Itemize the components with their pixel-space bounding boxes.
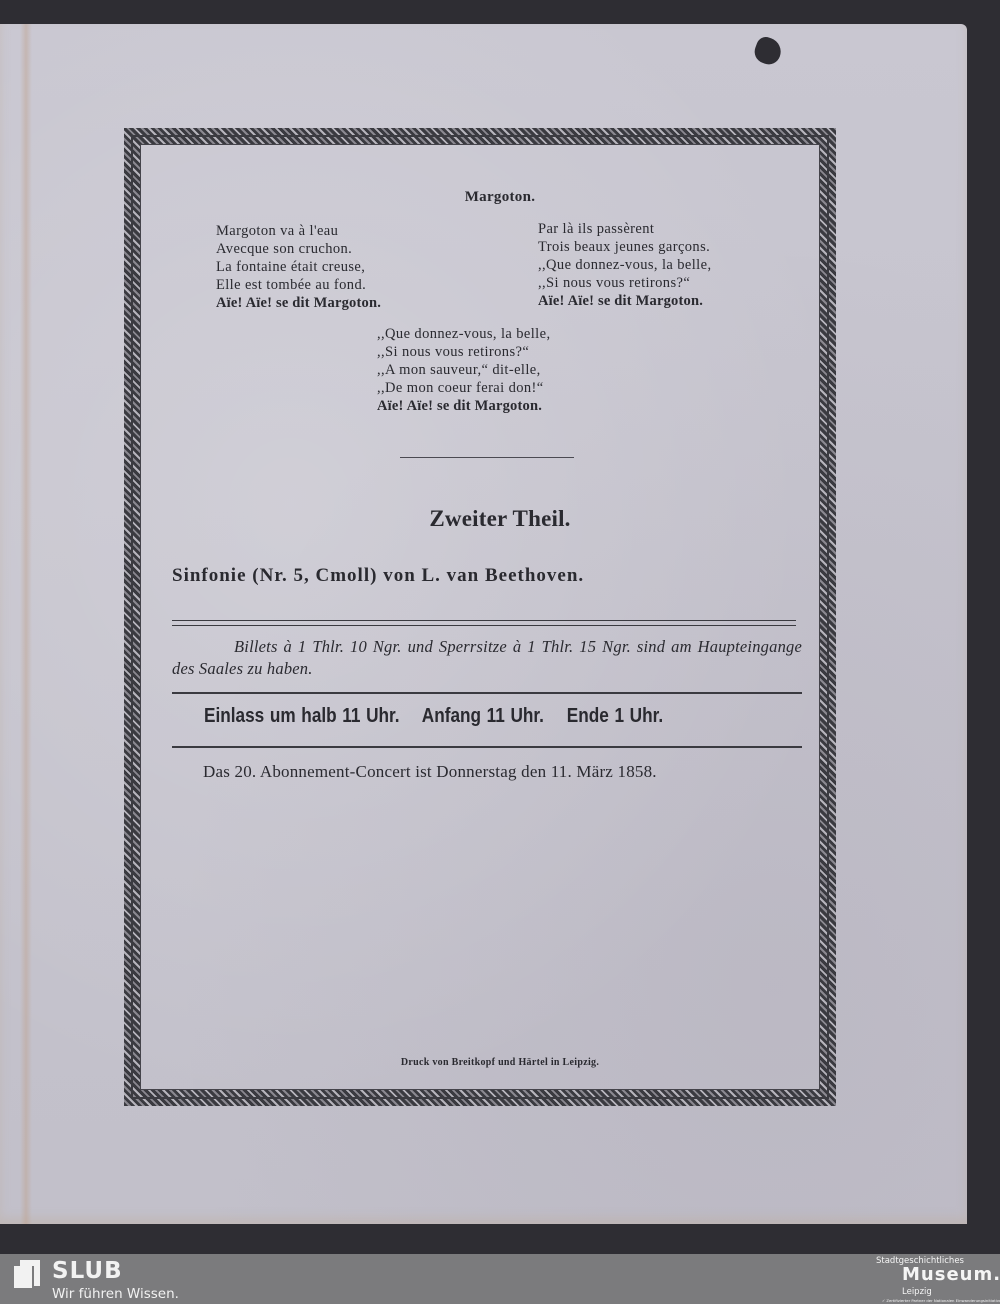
rule-divider xyxy=(172,746,802,748)
poem-line: Avecque son cruchon. xyxy=(216,240,381,258)
poem-line: Trois beaux jeunes garçons. xyxy=(538,238,711,256)
poem-line: ,,Que donnez-vous, la belle, xyxy=(538,256,711,274)
poem-line: La fontaine était creuse, xyxy=(216,258,381,276)
poem-line: Par là ils passèrent xyxy=(538,220,711,238)
poem-line: ,,De mon coeur ferai don!“ xyxy=(377,379,550,397)
slub-logo-text[interactable]: SLUB xyxy=(52,1258,123,1284)
poem-line: Margoton va à l'eau xyxy=(216,222,381,240)
slub-book-icon xyxy=(14,1260,40,1290)
poem-refrain: Aïe! Aïe! se dit Margoton. xyxy=(377,397,550,415)
section-divider xyxy=(400,457,574,458)
poem-line: ,,Si nous vous retirons?“ xyxy=(538,274,711,292)
double-rule xyxy=(172,620,796,626)
museum-logo[interactable]: Stadtgeschichtliches Museum. Leipzig ✓ Z… xyxy=(850,1256,990,1304)
program-item: Sinfonie (Nr. 5, Cmoll) von L. van Beeth… xyxy=(172,565,584,587)
poem-stanza-1: Margoton va à l'eau Avecque son cruchon.… xyxy=(216,222,381,312)
rule-divider xyxy=(172,692,802,694)
tickets-notice: Billets à 1 Thlr. 10 Ngr. und Sperrsitze… xyxy=(172,636,802,680)
next-concert-notice: Das 20. Abonnement-Concert ist Donnersta… xyxy=(203,762,657,782)
museum-certification: ✓ Zertifizierter Partner der Nationalen … xyxy=(882,1298,1000,1303)
start-time: Anfang 11 Uhr. xyxy=(422,705,544,727)
poem-line: Elle est tombée au fond. xyxy=(216,276,381,294)
poem-stanza-3: ,,Que donnez-vous, la belle, ,,Si nous v… xyxy=(377,325,550,415)
poem-refrain: Aïe! Aïe! se dit Margoton. xyxy=(538,292,711,310)
poem-line: ,,A mon sauveur,“ dit-elle, xyxy=(377,361,550,379)
museum-name: Museum. xyxy=(902,1264,1000,1285)
poem-title: Margoton. xyxy=(0,189,1000,206)
concert-times: Einlass um halb 11 Uhr. Anfang 11 Uhr. E… xyxy=(204,705,680,728)
entry-time: Einlass um halb 11 Uhr. xyxy=(204,705,400,727)
end-time: Ende 1 Uhr. xyxy=(567,705,663,727)
poem-line: ,,Si nous vous retirons?“ xyxy=(377,343,550,361)
section-title: Zweiter Theil. xyxy=(0,506,1000,532)
printer-imprint: Druck von Breitkopf und Härtel in Leipzi… xyxy=(0,1057,1000,1068)
poem-stanza-2: Par là ils passèrent Trois beaux jeunes … xyxy=(538,220,711,310)
page-tear xyxy=(751,34,784,67)
poem-refrain: Aïe! Aïe! se dit Margoton. xyxy=(216,294,381,312)
museum-city: Leipzig xyxy=(902,1287,932,1297)
slub-tagline: Wir führen Wissen. xyxy=(52,1286,179,1302)
poem-line: ,,Que donnez-vous, la belle, xyxy=(377,325,550,343)
footer-bar: SLUB Wir führen Wissen. Stadtgeschichtli… xyxy=(0,1254,1000,1304)
